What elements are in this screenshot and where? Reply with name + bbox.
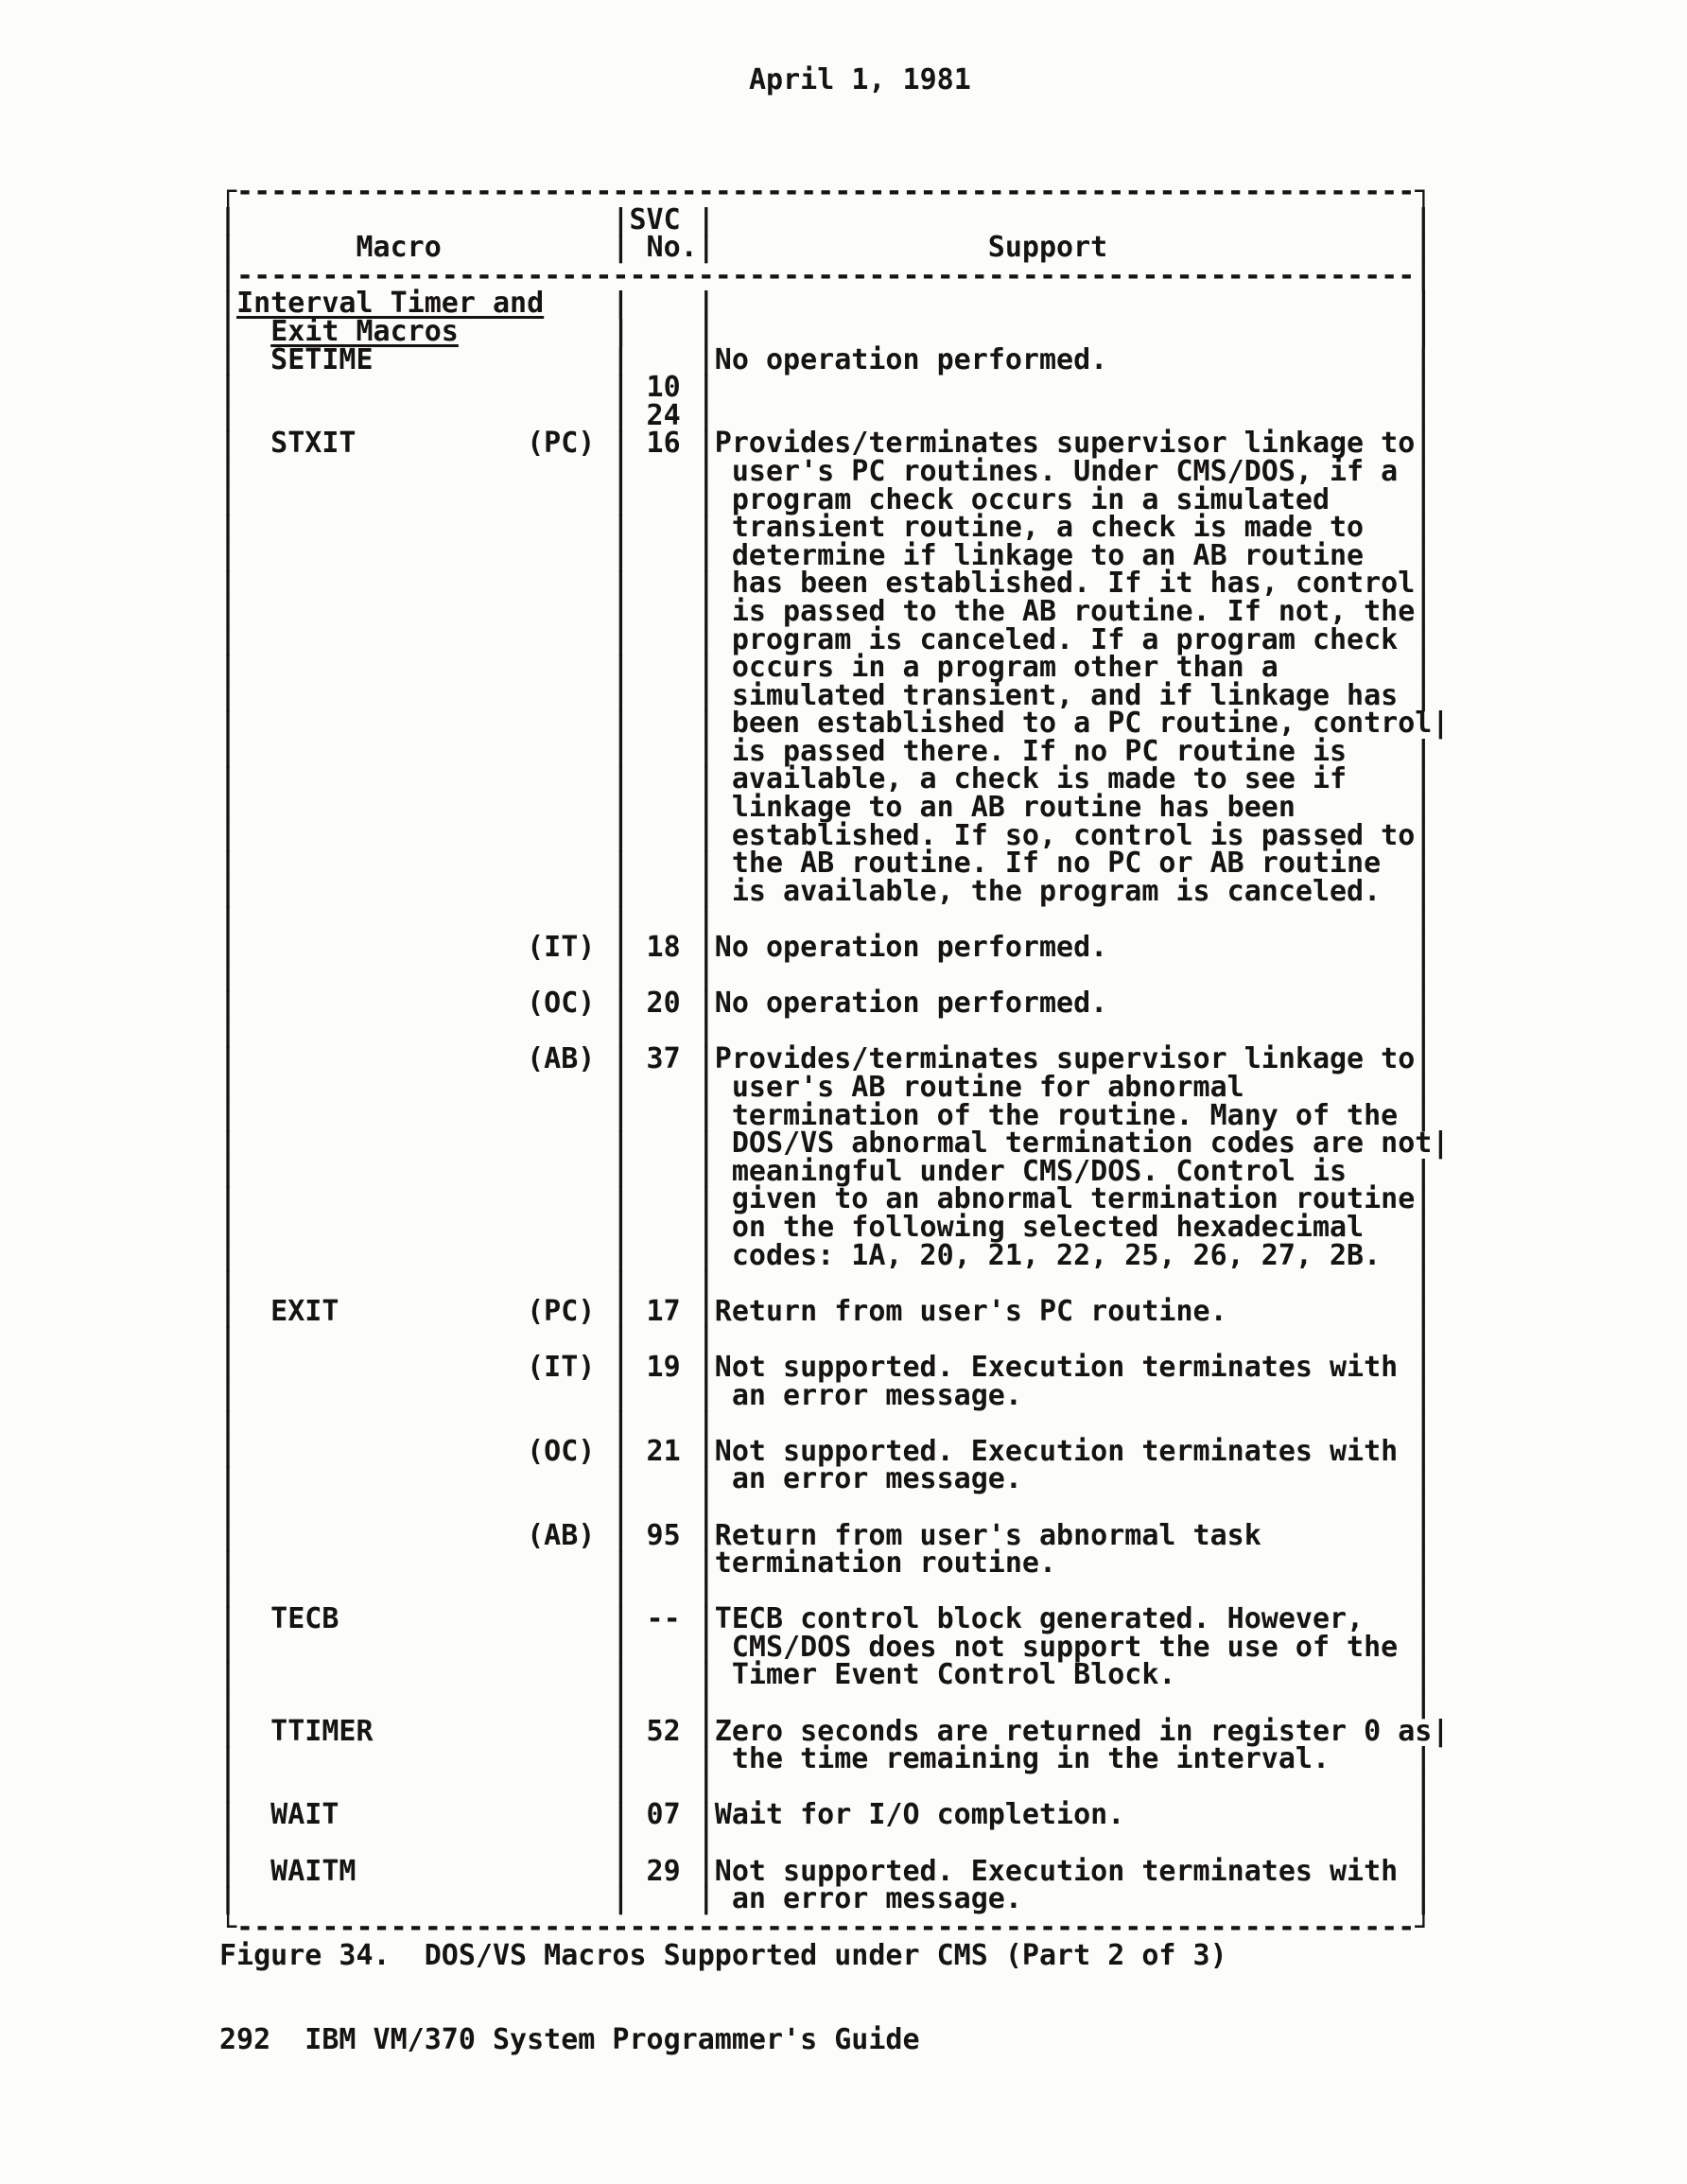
figure-caption: Figure 34. DOS/VS Macros Supported under… <box>219 1942 1227 1970</box>
table-line: | WAIT | 07 |Wait for I/O completion. | <box>219 1801 1449 1829</box>
table-line: | | | is passed there. If no PC routine … <box>219 738 1449 766</box>
table-line: |Interval Timer and | | | <box>219 289 1449 318</box>
table-line: ┌---------------------------------------… <box>219 178 1449 206</box>
table-line: | | | | <box>219 1409 1449 1438</box>
table-line: | | | an error message. | <box>219 1382 1449 1410</box>
table-line: | Exit Macros | | | <box>219 318 1449 346</box>
table-line: | TECB | -- |TECB control block generate… <box>219 1605 1449 1634</box>
table-line: | (AB) | 37 |Provides/terminates supervi… <box>219 1045 1449 1074</box>
table-line: | | | | <box>219 1269 1449 1298</box>
table-line: | | |termination routine. | <box>219 1549 1449 1578</box>
table-line: | | | has been established. If it has, c… <box>219 569 1449 598</box>
table-line: | | | program check occurs in a simulate… <box>219 486 1449 515</box>
table-line: | | | | <box>219 1689 1449 1718</box>
table-line: | | | user's AB routine for abnormal | <box>219 1074 1449 1102</box>
table-line: | | | | <box>219 1494 1449 1522</box>
table-line: | | | user's PC routines. Under CMS/DOS,… <box>219 458 1449 486</box>
table-line: | SETIME | |No operation performed. | <box>219 346 1449 375</box>
table-line: | | | simulated transient, and if linkag… <box>219 682 1449 710</box>
table-line: | | | available, a check is made to see … <box>219 765 1449 794</box>
table-line: | | | occurs in a program other than a | <box>219 654 1449 682</box>
table-line: | | | | <box>219 1773 1449 1802</box>
macro-support-table: ┌---------------------------------------… <box>219 178 1449 1941</box>
table-line: | | | linkage to an AB routine has been … <box>219 794 1449 822</box>
table-line: | | | program is canceled. If a program … <box>219 626 1449 655</box>
table-line: | | | is passed to the AB routine. If no… <box>219 598 1449 626</box>
table-line: | | | the time remaining in the interval… <box>219 1745 1449 1773</box>
table-line: |---------------------------------------… <box>219 262 1449 290</box>
table-line: | | | | <box>219 1018 1449 1046</box>
table-line: | | | Timer Event Control Block. | <box>219 1661 1449 1689</box>
table-line: | | 10 | | <box>219 374 1449 402</box>
table-line: | EXIT (PC) | 17 |Return from user's PC … <box>219 1298 1449 1326</box>
table-line: └---------------------------------------… <box>219 1913 1449 1942</box>
table-line: | |SVC | | <box>219 206 1449 235</box>
table-line: | (IT) | 19 |Not supported. Execution te… <box>219 1354 1449 1382</box>
table-line: | | | is available, the program is cance… <box>219 878 1449 906</box>
table-line: | | | an error message. | <box>219 1885 1449 1913</box>
table-line: | Macro | No.| Support | <box>219 234 1449 262</box>
table-line: | | | | <box>219 962 1449 990</box>
table-line: | | | termination of the routine. Many o… <box>219 1102 1449 1130</box>
table-line: | (AB) | 95 |Return from user's abnormal… <box>219 1522 1449 1550</box>
table-line: | (IT) | 18 |No operation performed. | <box>219 934 1449 962</box>
table-line: | | | meaningful under CMS/DOS. Control … <box>219 1158 1449 1186</box>
table-line: | | | codes: 1A, 20, 21, 22, 25, 26, 27,… <box>219 1242 1449 1270</box>
document-page: April 1, 1981 ┌-------------------------… <box>0 0 1687 2184</box>
table-line: | (OC) | 21 |Not supported. Execution te… <box>219 1438 1449 1466</box>
table-line: | TTIMER | 52 |Zero seconds are returned… <box>219 1718 1449 1746</box>
table-line: | | | an error message. | <box>219 1465 1449 1494</box>
table-line: | | 24 | | <box>219 402 1449 430</box>
table-line: | | | | <box>219 905 1449 934</box>
table-line: | | | established. If so, control is pas… <box>219 822 1449 850</box>
table-line: | | | been established to a PC routine, … <box>219 709 1449 738</box>
table-line: | | | given to an abnormal termination r… <box>219 1185 1449 1214</box>
table-line: | STXIT (PC) | 16 |Provides/terminates s… <box>219 429 1449 458</box>
table-line: | (OC) | 20 |No operation performed. | <box>219 989 1449 1018</box>
table-line: | | | determine if linkage to an AB rout… <box>219 542 1449 570</box>
table-line: | | | | <box>219 1578 1449 1606</box>
table-line: | | | transient routine, a check is made… <box>219 514 1449 542</box>
page-date: April 1, 1981 <box>749 66 971 95</box>
table-line: | | | CMS/DOS does not support the use o… <box>219 1634 1449 1662</box>
table-line: | | | on the following selected hexadeci… <box>219 1214 1449 1242</box>
table-line: | | | DOS/VS abnormal termination codes … <box>219 1129 1449 1158</box>
table-line: | | | | <box>219 1829 1449 1858</box>
table-line: | | | | <box>219 1325 1449 1354</box>
page-footer: 292 IBM VM/370 System Programmer's Guide <box>219 2026 920 2054</box>
table-line: | WAITM | 29 |Not supported. Execution t… <box>219 1858 1449 1886</box>
table-line: | | | the AB routine. If no PC or AB rou… <box>219 849 1449 878</box>
